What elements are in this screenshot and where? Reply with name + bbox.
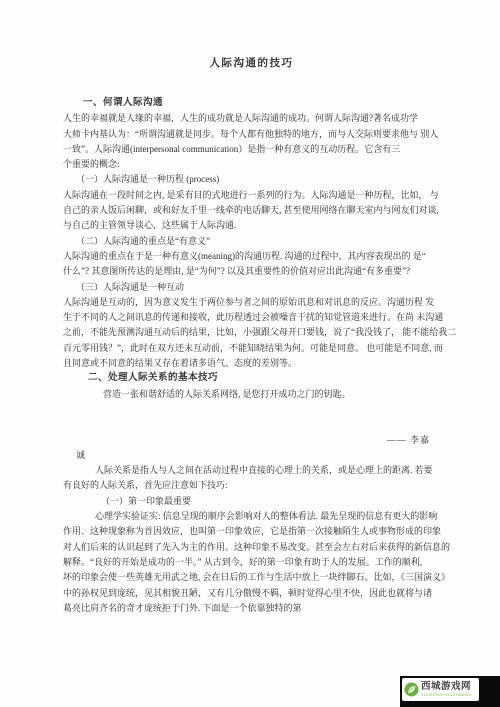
blank-line bbox=[63, 402, 440, 417]
text-line: 之前，不能先预测沟通互动后的结果，比如，小强跟父母开口要钱，说了“我没钱了， 能… bbox=[63, 325, 440, 340]
text-line: 对人们后来的认识起到了先入为主的作用。这种印象不易改变。甚至会左右对后来获得的新… bbox=[63, 540, 440, 555]
text-line: 且同意或不同意的结果又存在着诸多语气、态度的差别等。 bbox=[63, 356, 440, 371]
document-page: 人际沟通的技巧 一、何谓人际沟通人生的幸福就是人缘的幸福，人生的成功就是人际沟通… bbox=[0, 0, 500, 707]
doc-body: 一、何谓人际沟通人生的幸福就是人缘的幸福，人生的成功就是人际沟通的成功。何谓人际… bbox=[63, 96, 440, 616]
text-line: 葛亮比肩齐名的奇才庞统拒于门外. 下面是一个依靠独特的第 bbox=[63, 601, 440, 616]
text-line: 营造一张和谐舒适的人际关系网络, 是您打开成功之门的钥匙。 bbox=[63, 387, 440, 402]
text-line: 与自己的主管领导谈心，这些属于人际沟通. bbox=[63, 218, 440, 233]
text-line: 诚 bbox=[63, 448, 440, 463]
watermark-site-name: 西城游戏网 bbox=[421, 682, 472, 692]
watermark-strip: 西城游戏网 XICHENGYOUXIWANG bbox=[400, 676, 500, 707]
text-line: 坏的印象会使一些英雄无用武之地, 会在日后的工作与生活中放上一块绊脚石。比如，《… bbox=[63, 570, 440, 585]
text-line: 人际沟通是互动的，因为意义发生于两位参与者之间的原始讯息和对讯息的反应。沟通历程… bbox=[63, 295, 440, 310]
text-line: （三）人际沟通是一种互动 bbox=[63, 280, 440, 295]
text-line: （二）人际沟通的重点是“有意义” bbox=[63, 234, 440, 249]
text-line: 什么”? 其意图所传达的是理由, 是“为何”? 以及其重要性的价值对应出此沟通“… bbox=[63, 264, 440, 279]
text-line: 生于不同的人之间讯息的传递和接收，此历程透过会被噪音干扰的知觉管道来进行。在尚 … bbox=[63, 310, 440, 325]
text-line: 解释。“良好的开始是成功的一半。” 从古到今，好的第一印象有助于人的发展。工作的… bbox=[63, 555, 440, 570]
leaf-icon bbox=[404, 682, 419, 697]
text-line: 人生的幸福就是人缘的幸福，人生的成功就是人际沟通的成功。何谓人际沟通?著名成功学 bbox=[63, 111, 440, 126]
text-line: 大师卡内基认为：“所谓沟通就是同步。每个人都有他独特的地方，而与人交际则要求他与… bbox=[63, 127, 440, 142]
section-heading: 二、处理人际关系的基本技巧 bbox=[63, 371, 440, 386]
text-line: 人际沟通在一段时间之内, 是采有目的式地进行一系列的行为。人际沟通是一种历程，比… bbox=[63, 188, 440, 203]
text-line: （一）人际沟通是一种历程 (process) bbox=[63, 172, 440, 187]
text-line: 百元零用钱？”，此时在双方还未互动前，不能知晓结果为何。可能是同意。 也可能是不… bbox=[63, 341, 440, 356]
doc-title: 人际沟通的技巧 bbox=[63, 55, 440, 70]
text-line: 中的孙权见到庞统，见其相貌丑陋，又有几分傲慢不羁，顿时觉得心里不快，因此也就将与… bbox=[63, 586, 440, 601]
text-line: （一）第一印象最重要 bbox=[63, 494, 440, 509]
text-line: 有良好的人际关系，首先应注意如下技巧: bbox=[63, 478, 440, 493]
section-heading: 一、何谓人际沟通 bbox=[63, 96, 440, 111]
text-line: 人际沟通的重点在于是一种有意义(meaning)的沟通历程. 沟通的过程中，其内… bbox=[63, 249, 440, 264]
watermark-tagline: XICHENGYOUXIWANG bbox=[421, 693, 472, 697]
watermark-logo: 西城游戏网 XICHENGYOUXIWANG bbox=[402, 678, 479, 701]
text-line: 自己的亲人饭后闲聊，或和好友千里一线牵的电话聊天, 甚至使用网络在聊天室内与网友… bbox=[63, 203, 440, 218]
text-line: 个重要的概念: bbox=[63, 157, 440, 172]
text-line: —— 李嘉 bbox=[63, 433, 440, 448]
text-line: 作用、这种现象称为首因效应，也叫第一印象效应，它是指第一次接触陌生人或事物形成的… bbox=[63, 524, 440, 539]
text-line: 心理学实验证实: 信息呈现的顺序会影响对人的整体看法. 最先呈现的信息有更大的影… bbox=[63, 509, 440, 524]
blank-line bbox=[63, 417, 440, 432]
text-line: 一致”。人际沟通(interpersonal communication）是指一… bbox=[63, 142, 440, 157]
text-line: 人际关系是指人与人之间在活动过程中直接的心理上的关系，或是心理上的距离. 若要 bbox=[63, 463, 440, 478]
